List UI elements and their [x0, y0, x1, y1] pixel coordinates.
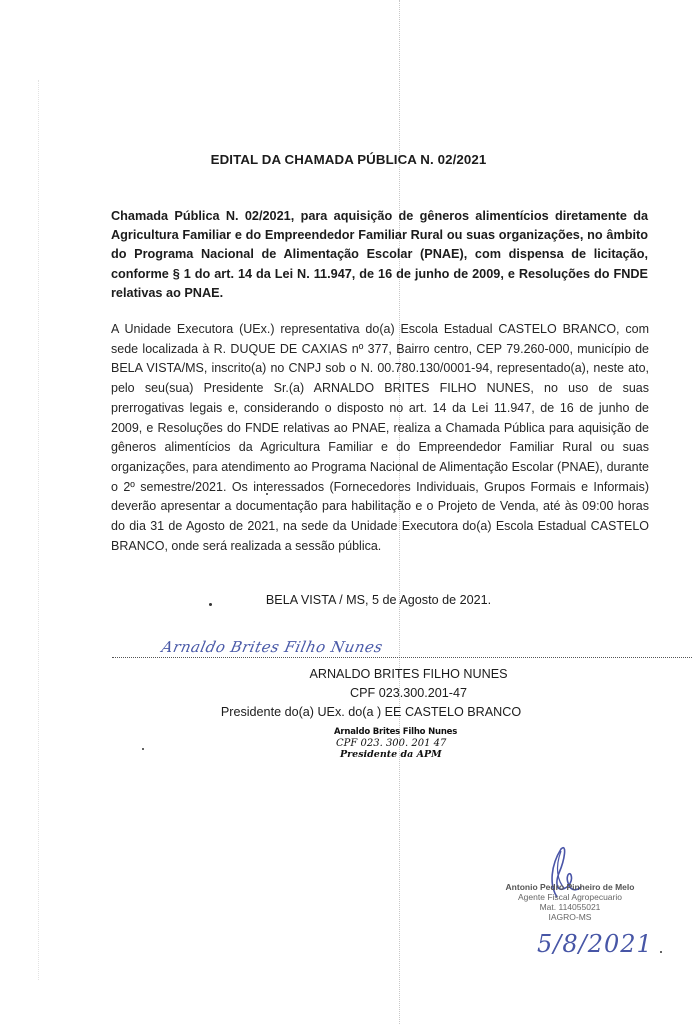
signer-name: ARNALDO BRITES FILHO NUNES — [0, 667, 697, 681]
signature-line — [112, 657, 692, 658]
document-title: EDITAL DA CHAMADA PÚBLICA N. 02/2021 — [0, 152, 697, 167]
stamp-cpf: CPF 023. 300. 201 47 — [334, 738, 474, 749]
place-and-date: BELA VISTA / MS, 5 de Agosto de 2021. — [0, 593, 697, 607]
intro-paragraph: Chamada Pública N. 02/2021, para aquisiç… — [111, 207, 648, 303]
document-page: EDITAL DA CHAMADA PÚBLICA N. 02/2021 Cha… — [0, 0, 697, 1024]
handwritten-signature: Arnaldo Brites Filho Nunes — [160, 638, 384, 656]
scan-speck — [266, 493, 268, 495]
scan-edge-line — [38, 80, 39, 980]
scan-speck — [142, 748, 144, 750]
agent-registration: Mat. 114055021 — [480, 902, 660, 912]
agent-stamp: Antonio Pedro Pinheiro de Melo Agente Fi… — [480, 882, 660, 922]
agent-title: Agente Fiscal Agropecuario — [480, 892, 660, 902]
scan-speck — [660, 951, 662, 953]
stamp-role: Presidente da APM — [334, 749, 474, 760]
president-stamp: Arnaldo Brites Filho Nunes CPF 023. 300.… — [334, 727, 474, 760]
signer-role: Presidente do(a) UEx. do(a ) EE CASTELO … — [0, 705, 697, 719]
stamp-name: Arnaldo Brites Filho Nunes — [334, 727, 474, 738]
agent-agency: IAGRO-MS — [480, 912, 660, 922]
handwritten-date: 5/8/2021 — [537, 930, 653, 958]
scan-speck — [209, 603, 212, 606]
agent-name: Antonio Pedro Pinheiro de Melo — [480, 882, 660, 892]
body-paragraph: A Unidade Executora (UEx.) representativ… — [111, 320, 649, 556]
signer-cpf: CPF 023.300.201-47 — [0, 686, 697, 700]
